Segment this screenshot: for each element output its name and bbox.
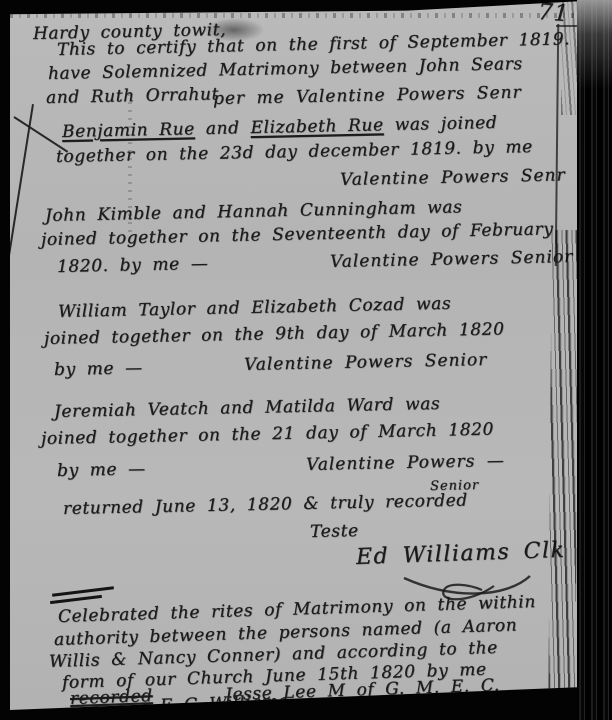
conjunction-text: and: [195, 118, 251, 139]
margin-x-mark: [1, 104, 34, 298]
entry-rue-signature: Valentine Powers Senr: [340, 165, 566, 190]
officiant-attestation: per me Valentine Powers Senr: [213, 83, 522, 109]
entry-veatch-line-2: joined together on the 21 day of March 1…: [41, 420, 494, 449]
bride-name: Elizabeth Rue: [250, 115, 384, 138]
entry-veatch-signature: Valentine Powers —: [306, 451, 505, 475]
double-line-mark: [52, 586, 114, 597]
binding-edge: [577, 0, 612, 720]
paper-sheet: 71 Hardy county towit, This to certify t…: [10, 0, 577, 710]
scanned-document: 71 Hardy county towit, This to certify t…: [0, 0, 612, 720]
double-line-mark: [50, 595, 102, 604]
entry-taylor-signature: Valentine Powers Senior: [244, 350, 488, 375]
entry-taylor-line-1: William Taylor and Elizabeth Cozad was: [58, 294, 452, 322]
entry-taylor-line-2: joined together on the 9th day of March …: [44, 319, 505, 349]
entry-veatch-line-3: by me —: [57, 459, 146, 481]
binding-streaks-lower: [548, 230, 578, 696]
footer-recorded-text: recorded: [70, 686, 153, 709]
return-note-line: returned June 13, 1820 & truly recorded: [63, 491, 468, 519]
certification-line-3: and Ruth Orrahut: [46, 84, 219, 108]
entry-kimble-signature: Valentine Powers Senior: [330, 247, 574, 272]
torn-edge-speckle: [10, 13, 577, 18]
entry-veatch-line-1: Jeremiah Veatch and Matilda Ward was: [54, 394, 441, 422]
entry-kimble-line-3: 1820. by me —: [57, 254, 209, 277]
groom-name: Benjamin Rue: [62, 119, 195, 142]
binding-streaks-upper: [561, 0, 577, 115]
teste-label: Teste: [310, 521, 359, 542]
clerk-signature: Ed Williams Clk: [356, 541, 566, 568]
entry-tail-text: was joined: [383, 113, 497, 135]
entry-taylor-line-3: by me —: [54, 358, 143, 380]
